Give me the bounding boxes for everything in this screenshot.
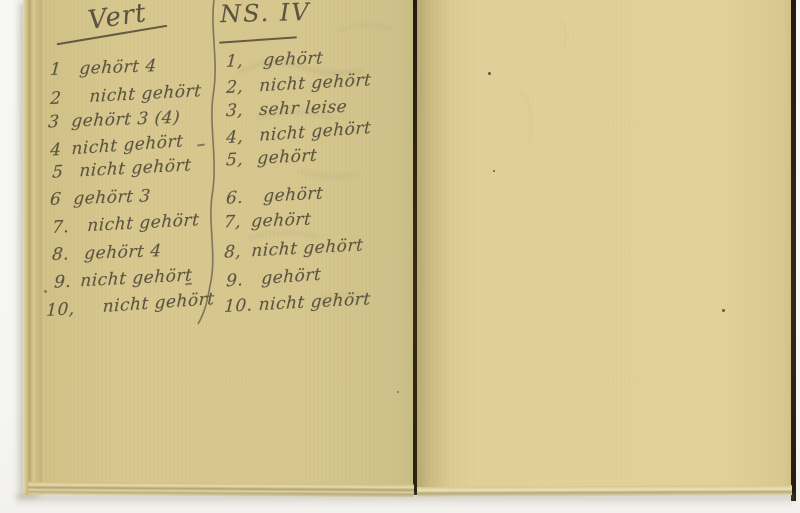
item-number: 9. xyxy=(226,270,244,291)
list-item: 6gehört 3 xyxy=(49,186,151,210)
item-number: 8, xyxy=(224,242,242,263)
item-number: 10, xyxy=(46,299,75,321)
item-number: 9. xyxy=(54,272,72,293)
item-number: 1, xyxy=(225,51,244,72)
right-page-blank xyxy=(417,0,791,489)
list-item: 8.gehört 4 xyxy=(51,241,162,265)
paper-speck xyxy=(722,309,725,312)
item-text: gehört 4 xyxy=(84,241,163,264)
item-number: 7, xyxy=(223,212,242,233)
item-number: 1 xyxy=(49,59,62,79)
list-item: 3,sehr leise xyxy=(225,97,348,121)
item-text: gehört xyxy=(257,146,318,169)
item-text: gehört xyxy=(251,209,312,231)
item-number: 10. xyxy=(224,295,254,317)
list-item: 1gehört 4 xyxy=(49,56,157,80)
item-number: 5 xyxy=(52,162,64,183)
item-text: sehr leise xyxy=(259,97,348,120)
scan-shadow xyxy=(16,494,794,506)
item-text: gehört 3 xyxy=(73,186,152,209)
item-number: 2 xyxy=(50,88,62,109)
item-text: gehört 3 (4) xyxy=(71,108,181,132)
item-number: 4 xyxy=(50,140,62,161)
item-number: 3, xyxy=(225,100,244,121)
column-header-ns-iv: NS. IV xyxy=(220,0,311,28)
item-text: gehört xyxy=(263,48,324,70)
item-number: 6. xyxy=(226,188,244,209)
item-number: 6 xyxy=(49,189,62,209)
list-item: 7,gehört xyxy=(223,209,312,232)
pencil-dot xyxy=(44,290,47,293)
item-number: 7. xyxy=(52,217,70,238)
item-number: 2, xyxy=(226,77,244,98)
cover-edge xyxy=(791,0,796,501)
item-text: gehört xyxy=(261,265,322,289)
list-item: 1,gehört xyxy=(225,48,324,71)
item-text: gehört xyxy=(263,183,324,206)
paper-speck xyxy=(488,72,491,75)
item-number: 8. xyxy=(51,244,70,265)
item-text: gehört 4 xyxy=(79,56,158,79)
item-number: 3 xyxy=(47,112,60,132)
notebook-scan: Vert 1gehört 4 2nicht gehört 3gehört 3 (… xyxy=(0,0,800,513)
item-number: 5, xyxy=(226,149,244,170)
left-page-spine-edge xyxy=(23,0,42,495)
paper-speck xyxy=(397,391,399,393)
item-number: 4, xyxy=(226,127,244,148)
paper-speck xyxy=(493,170,495,172)
